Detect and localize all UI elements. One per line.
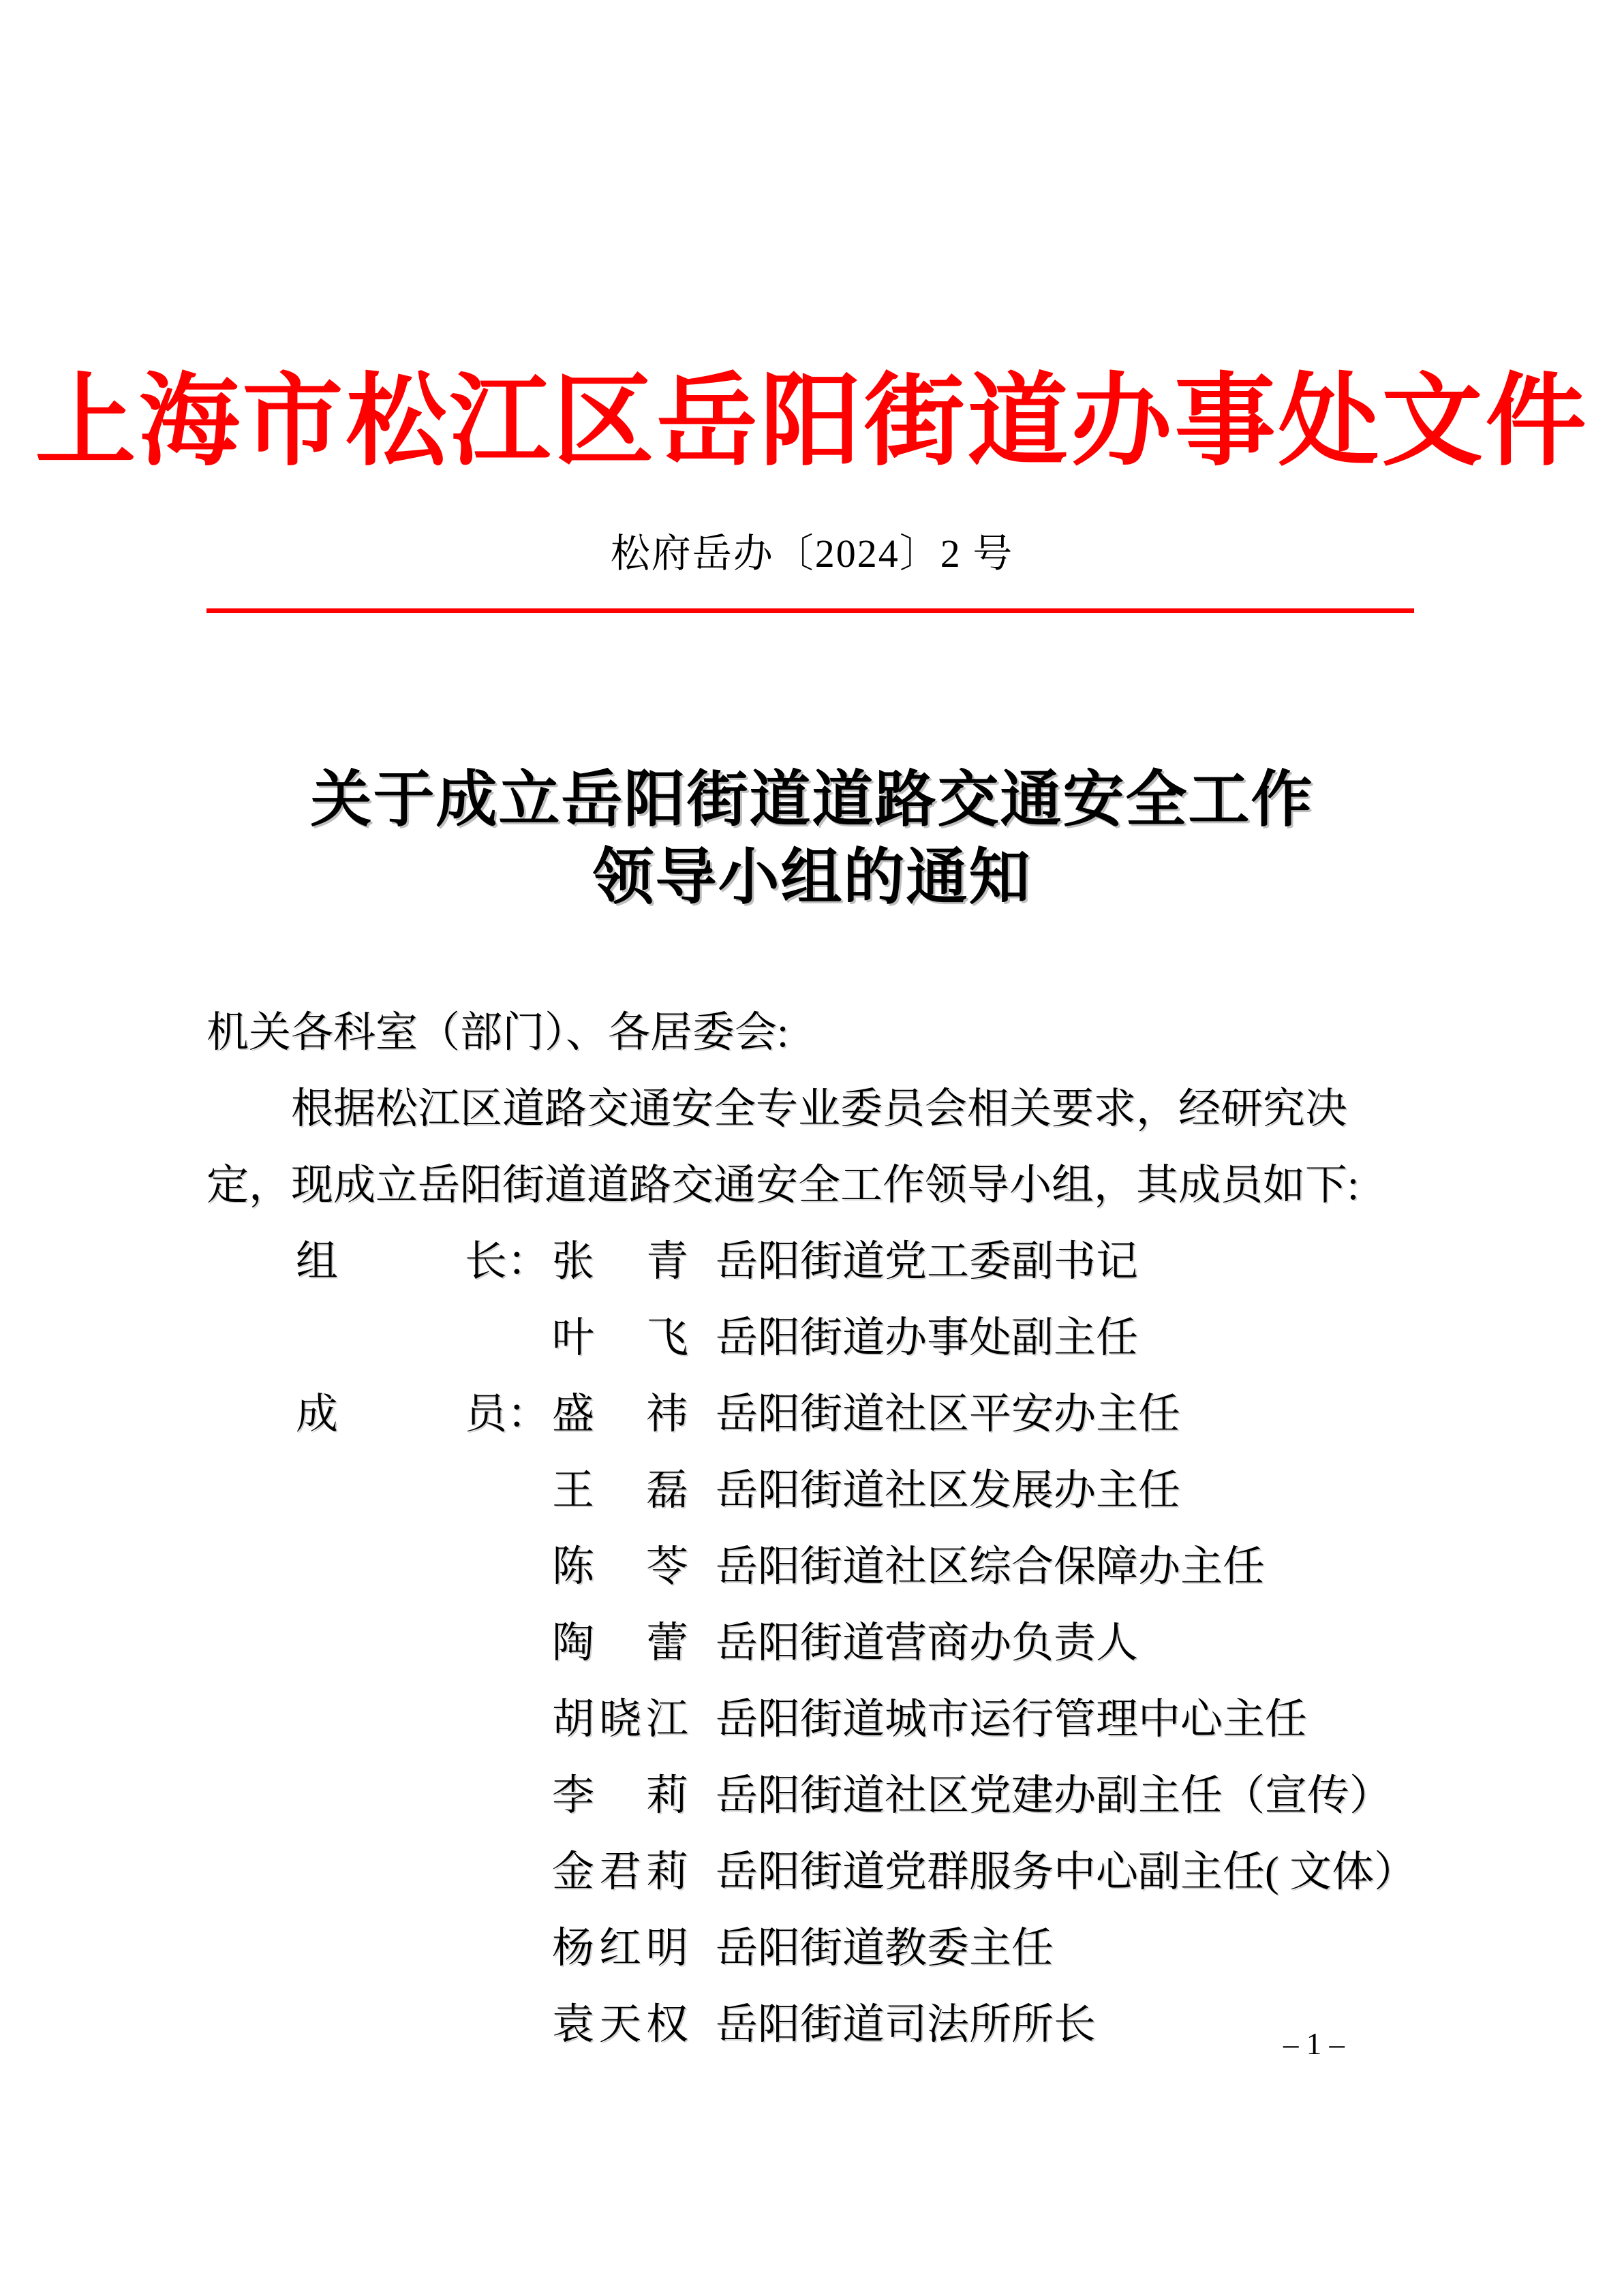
member-row: 金君莉 岳阳街道党群服务中心副主任( 文体）: [206, 1834, 1426, 1910]
document-page: 上海市松江区岳阳街道办事处文件 松府岳办〔2024〕2 号 关于成立岳阳街道道路…: [0, 0, 1624, 2296]
member-title: 岳阳街道司法所所长: [716, 1987, 1096, 2063]
member-title: 岳阳街道社区发展办主任: [716, 1453, 1180, 1529]
page-number: – 1 –: [1246, 2025, 1382, 2063]
member-name: 王磊: [552, 1453, 688, 1529]
member-row: 陶蕾 岳阳街道营商办负责人: [206, 1605, 1426, 1681]
member-title: 岳阳街道教委主任: [716, 1910, 1054, 1987]
member-row: 李莉 岳阳街道社区党建办副主任（宣传）: [206, 1758, 1426, 1834]
member-name: 胡晓江: [552, 1681, 688, 1758]
paragraph-line: 根据松江区道路交通安全专业委员会相关要求，经研究决: [206, 1071, 1426, 1147]
member-role-label: 组 长：: [296, 1224, 549, 1300]
member-row: 陈苓 岳阳街道社区综合保障办主任: [206, 1529, 1426, 1605]
member-title: 岳阳街道社区综合保障办主任: [716, 1529, 1265, 1605]
document-number: 松府岳办〔2024〕2 号: [0, 530, 1624, 578]
letterhead-divider-rule: [206, 608, 1414, 613]
member-row: 胡晓江 岳阳街道城市运行管理中心主任: [206, 1681, 1426, 1758]
member-row: 成 员： 盛祎 岳阳街道社区平安办主任: [206, 1376, 1426, 1453]
member-row: 叶飞 岳阳街道办事处副主任: [206, 1300, 1426, 1376]
member-name: 陈苓: [552, 1529, 688, 1605]
member-role-label: 成 员：: [296, 1376, 549, 1453]
document-title: 关于成立岳阳街道道路交通安全工作 领导小组的通知: [0, 762, 1624, 917]
member-name: 李莉: [552, 1758, 688, 1834]
member-name: 陶蕾: [552, 1605, 688, 1681]
member-name: 袁天权: [552, 1987, 688, 2063]
paragraph-line: 定，现成立岳阳街道道路交通安全工作领导小组，其成员如下:: [206, 1147, 1426, 1224]
member-title: 岳阳街道社区平安办主任: [716, 1376, 1180, 1453]
document-title-line-1: 关于成立岳阳街道道路交通安全工作: [0, 762, 1624, 839]
member-row: 组 长： 张青 岳阳街道党工委副书记: [206, 1224, 1426, 1300]
member-title: 岳阳街道营商办负责人: [716, 1605, 1138, 1681]
member-title: 岳阳街道办事处副主任: [716, 1300, 1138, 1376]
member-row: 袁天权 岳阳街道司法所所长: [206, 1987, 1426, 2063]
letterhead-org-title: 上海市松江区岳阳街道办事处文件: [0, 368, 1624, 477]
member-name: 金君莉: [552, 1834, 688, 1910]
document-body: 机关各科室（部门）、各居委会: 根据松江区道路交通安全专业委员会相关要求，经研究…: [206, 995, 1426, 2063]
member-row: 王磊 岳阳街道社区发展办主任: [206, 1453, 1426, 1529]
member-title: 岳阳街道党工委副书记: [716, 1224, 1138, 1300]
member-name: 盛祎: [552, 1376, 688, 1453]
member-name: 杨红明: [552, 1910, 688, 1987]
member-title: 岳阳街道社区党建办副主任（宣传）: [716, 1758, 1392, 1834]
member-title: 岳阳街道党群服务中心副主任( 文体）: [716, 1834, 1416, 1910]
salutation-line: 机关各科室（部门）、各居委会:: [206, 995, 1426, 1071]
member-row: 杨红明 岳阳街道教委主任: [206, 1910, 1426, 1987]
member-name: 张青: [552, 1224, 688, 1300]
member-title: 岳阳街道城市运行管理中心主任: [716, 1681, 1307, 1758]
document-title-line-2: 领导小组的通知: [0, 839, 1624, 917]
member-name: 叶飞: [552, 1300, 688, 1376]
